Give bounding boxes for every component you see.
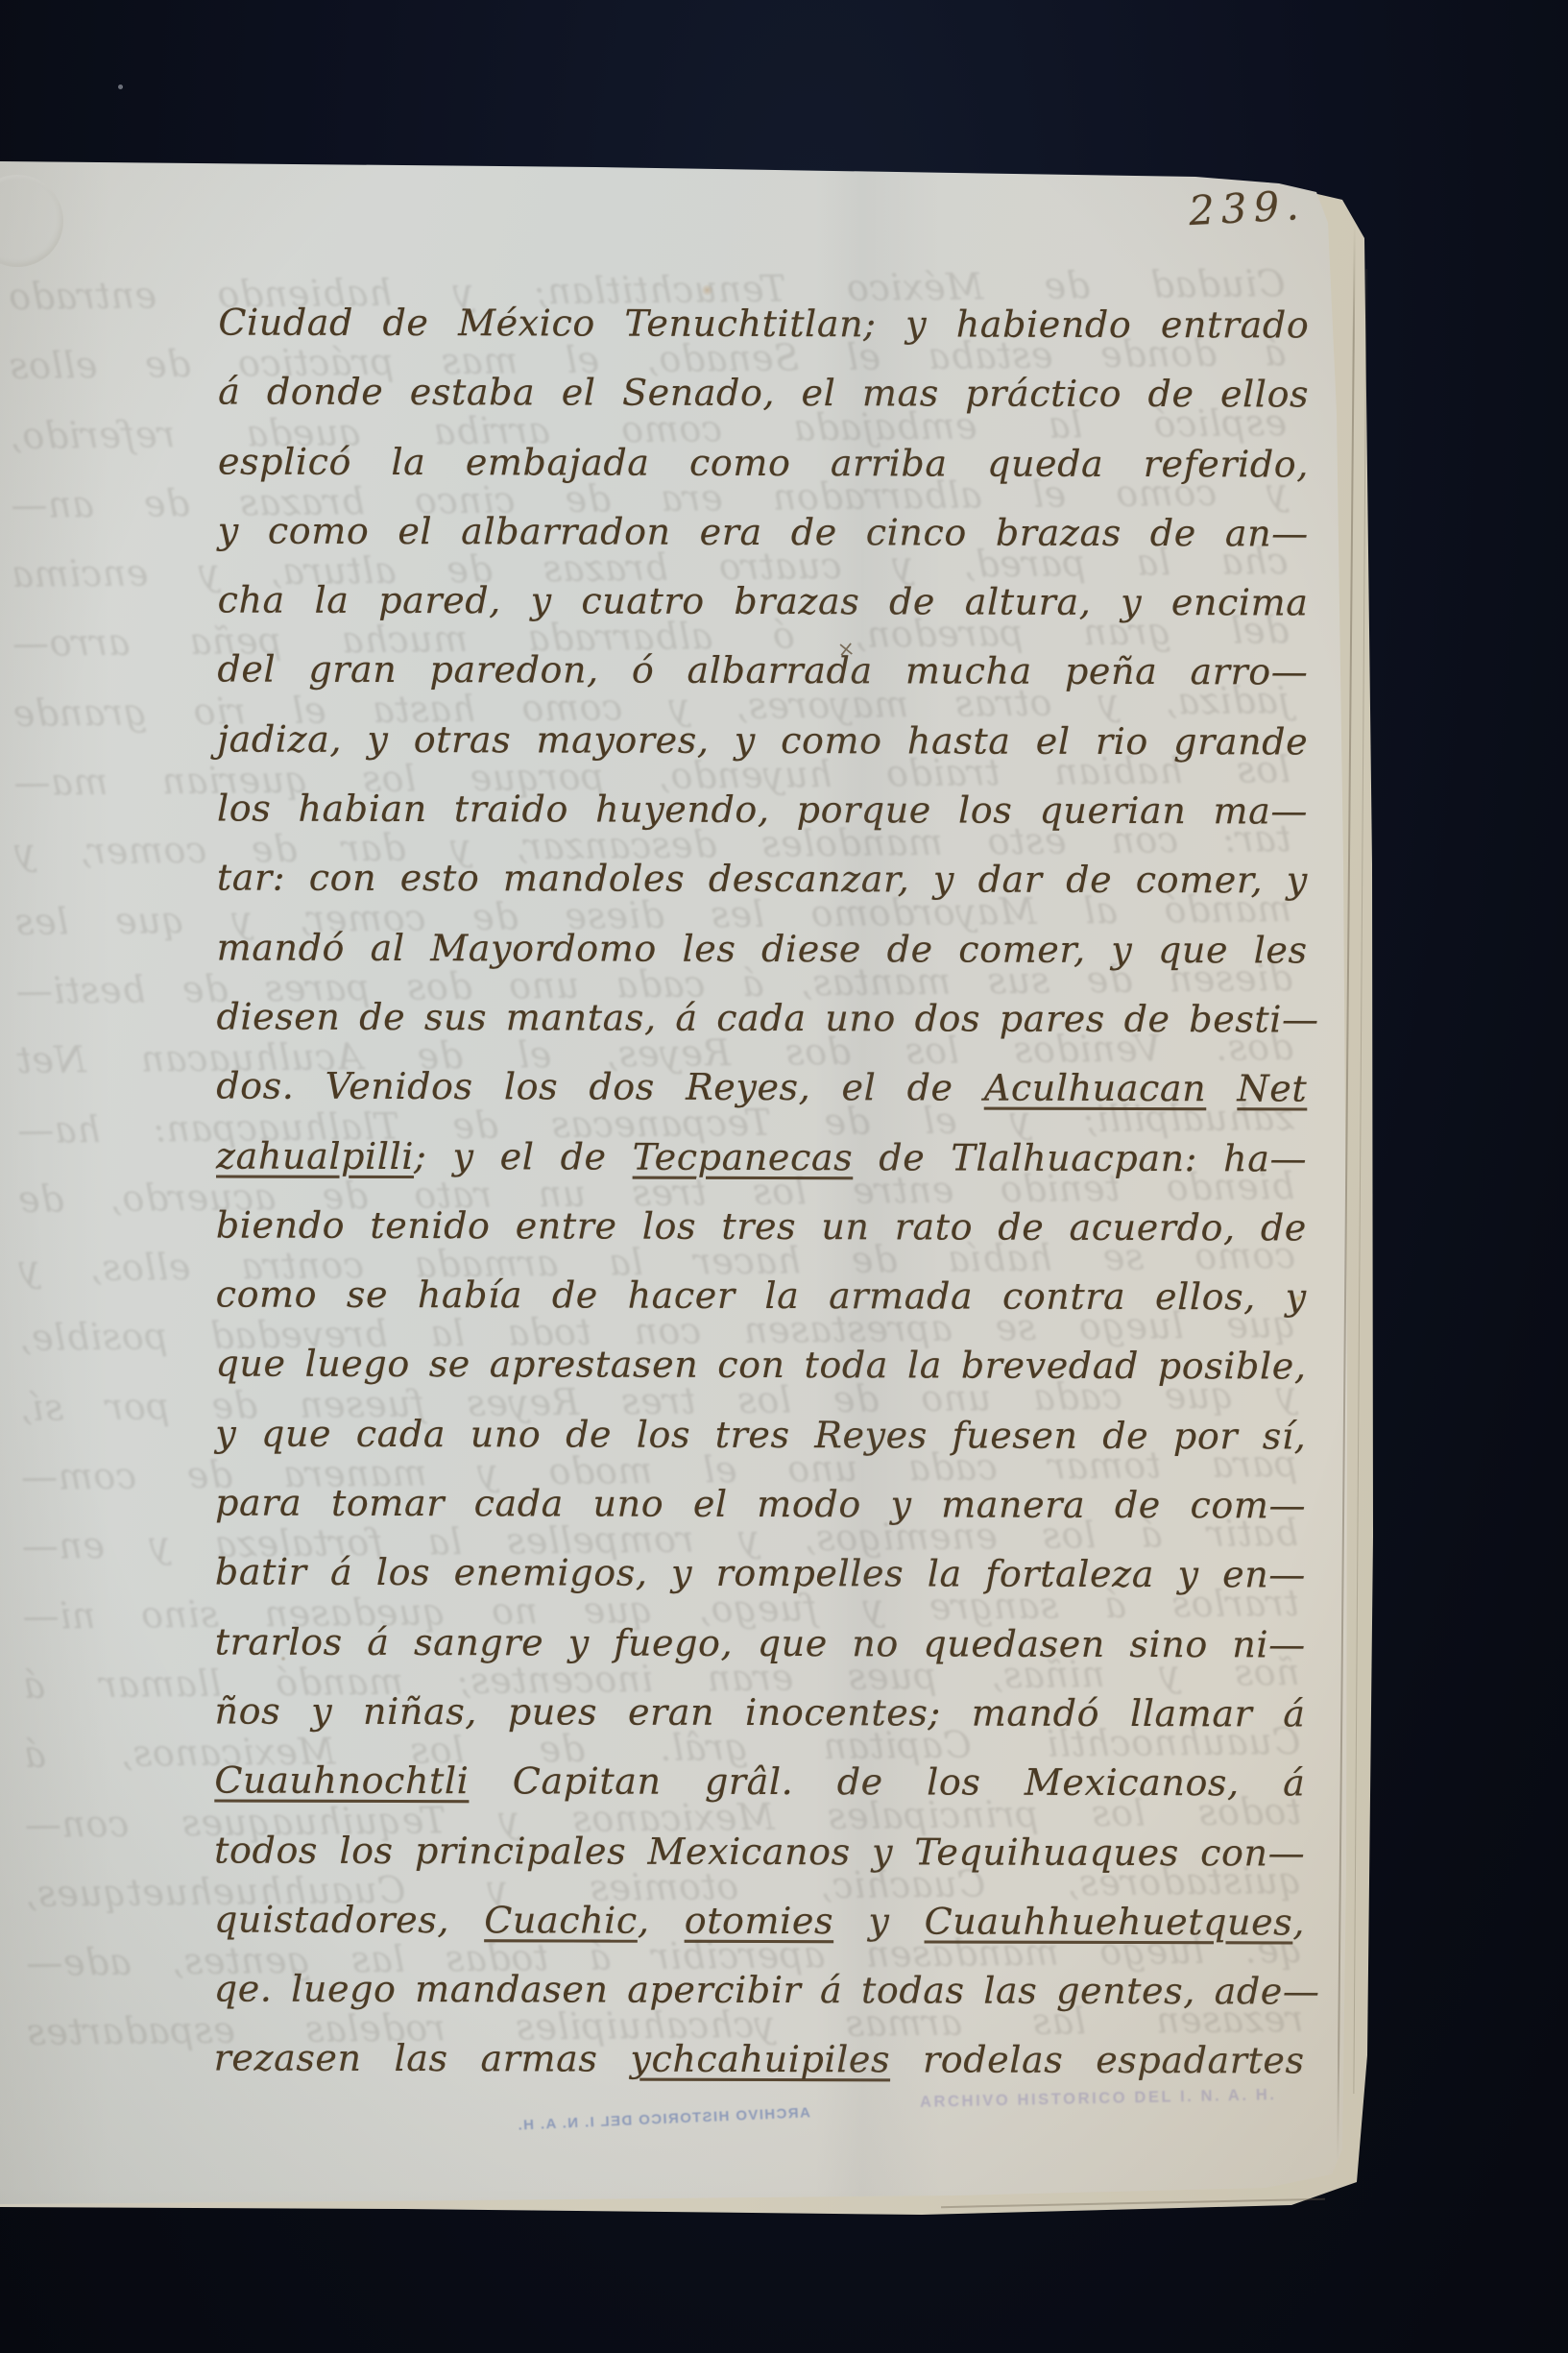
text-line: cha la pared, y cuatro brazas de altura,…	[218, 566, 1309, 638]
text-line: batir á los enemigos, y rompelles la for…	[215, 1538, 1306, 1610]
text-line: para tomar cada uno el modo y manera de …	[215, 1468, 1306, 1540]
folio-number: 239.	[1188, 182, 1307, 234]
text-line: como se había de hacer la armada contra …	[216, 1260, 1307, 1332]
text-line: rezasen las armas ychcahuipiles rodelas …	[214, 2024, 1305, 2096]
text-line: trarlos á sangre y fuego, que no quedase…	[215, 1607, 1306, 1679]
archive-stamp-mirrored: ARCHIVO HISTORICO DEL I. N. A. H.	[517, 2104, 810, 2133]
text-line: esplicó la embajada como arriba queda re…	[218, 426, 1309, 498]
text-line: á donde estaba el Senado, el mas práctic…	[218, 357, 1309, 429]
text-line: todos los principales Mexicanos y Tequih…	[214, 1815, 1305, 1887]
text-line: los habian traido huyendo, porque los qu…	[217, 774, 1308, 846]
text-line: diesen de sus mantas, á cada uno dos par…	[216, 982, 1307, 1054]
text-line: Ciudad de México Tenuchtitlan; y habiend…	[218, 288, 1309, 360]
manuscript-page: Ciudad de México Tenuchtitlan; y habiend…	[0, 0, 1568, 2353]
text-line: ños y niñas, pues eran inocentes; mandó …	[214, 1676, 1305, 1748]
manuscript-text: Ciudad de México Tenuchtitlan; y habiend…	[214, 288, 1310, 2097]
text-line: tar: con esto mandoles descanzar, y dar …	[217, 843, 1308, 915]
text-line: dos. Venidos los dos Reyes, el de Aculhu…	[216, 1052, 1307, 1124]
text-line: del gran paredon, ó albarrada mucha peña…	[217, 635, 1308, 707]
text-line: quistadores, Cuachic, otomies y Cuauhhue…	[214, 1884, 1305, 1956]
text-line: Cuauhnochtli Capitan grâl. de los Mexica…	[214, 1746, 1305, 1818]
text-line: y como el albarradon era de cinco brazas…	[218, 496, 1309, 568]
manuscript-photo: Ciudad de México Tenuchtitlan; y habiend…	[0, 0, 1568, 2353]
text-line: qe. luego mandasen apercibir á todas las…	[214, 1954, 1305, 2026]
text-line: jadiza, y otras mayores, y como hasta el…	[217, 704, 1308, 776]
text-line: mandó al Mayordomo les diese de comer, y…	[217, 912, 1308, 984]
text-line: y que cada uno de los tres Reyes fuesen …	[215, 1398, 1306, 1470]
insertion-mark: ×	[836, 637, 856, 663]
text-line: biendo tenido entre los tres un rato de …	[216, 1190, 1307, 1262]
dust-speck	[118, 85, 123, 89]
text-line: que luego se aprestasen con toda la brev…	[215, 1329, 1306, 1401]
embossed-seal	[0, 175, 63, 267]
text-line: zahualpilli; y el de Tecpanecas de Tlalh…	[216, 1121, 1307, 1193]
